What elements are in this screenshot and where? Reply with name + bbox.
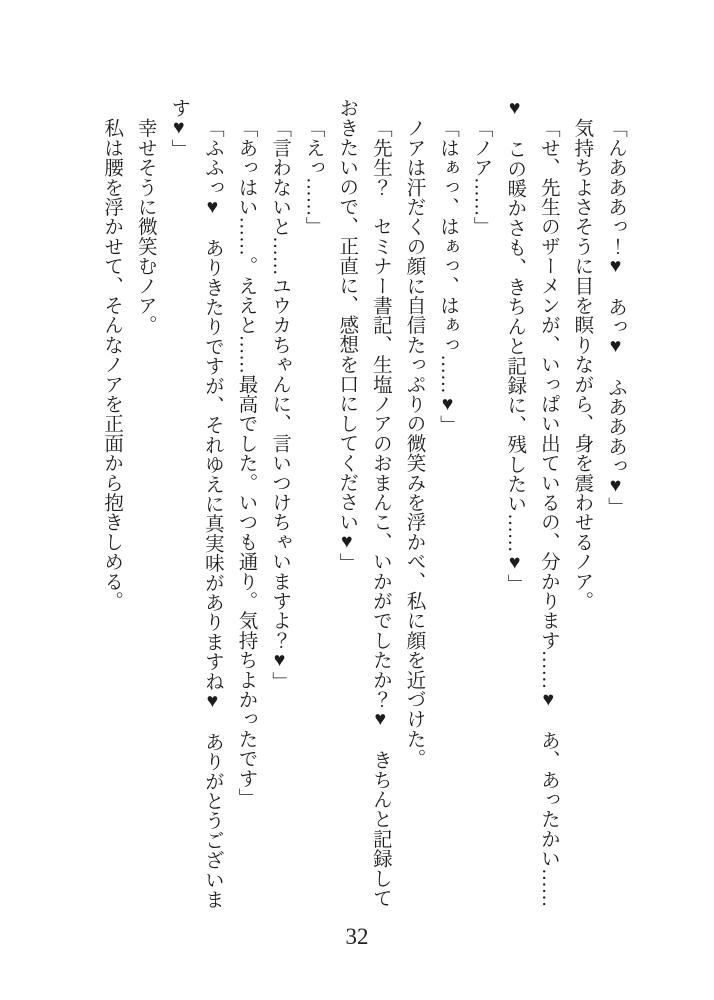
text-line: 「ノア……」 xyxy=(464,98,498,898)
text-line: 気持ちよさそうに目を瞑りながら、身を震わせるノア。 xyxy=(565,98,599,898)
novel-page: 「んあああっ！♥ あっ♥ ふあああっ♥」気持ちよさそうに目を瞑りながら、身を震わ… xyxy=(0,0,714,1000)
text-line: ノアは汗だくの顔に自信たっぷりの微笑みを浮かべ、私に顔を近づけた。 xyxy=(397,98,431,898)
text-line: す♥」 xyxy=(162,98,196,898)
text-line: 「せ、先生のザーメンが、いっぱい出ているの、分かります……♥ あ、あったかい…… xyxy=(531,98,565,898)
page-number: 32 xyxy=(0,924,714,950)
text-block: 「んあああっ！♥ あっ♥ ふあああっ♥」気持ちよさそうに目を瞑りながら、身を震わ… xyxy=(95,98,633,898)
text-line: 「んあああっ！♥ あっ♥ ふあああっ♥」 xyxy=(598,98,632,898)
text-line: ♥ この暖かさも、きちんと記録に、残したい……♥」 xyxy=(498,98,532,898)
text-line: 「はぁっ、はぁっ、はぁっ……♥」 xyxy=(430,98,464,898)
text-line: 「えっ……」 xyxy=(296,98,330,898)
text-line: 幸せそうに微笑むノア。 xyxy=(128,98,162,898)
text-line: 「ふふっ♥ ありきたりですが、それゆえに真実味がありますね♥ ありがとうございま xyxy=(195,98,229,898)
text-line: 「先生？ セミナー書記、生塩ノアのおまんこ、いかがでしたか？♥ きちんと記録して xyxy=(363,98,397,898)
text-line: 「言わないと……ユウカちゃんに、言いつけちゃいますよ？♥」 xyxy=(262,98,296,898)
text-line: 「あっはい……。ええと……最高でした。いつも通り。気持ちよかったです」 xyxy=(229,98,263,898)
text-line: 私は腰を浮かせて、そんなノアを正面から抱きしめる。 xyxy=(95,98,129,898)
text-line: おきたいので、正直に、感想を口にしてください♥」 xyxy=(330,98,364,898)
